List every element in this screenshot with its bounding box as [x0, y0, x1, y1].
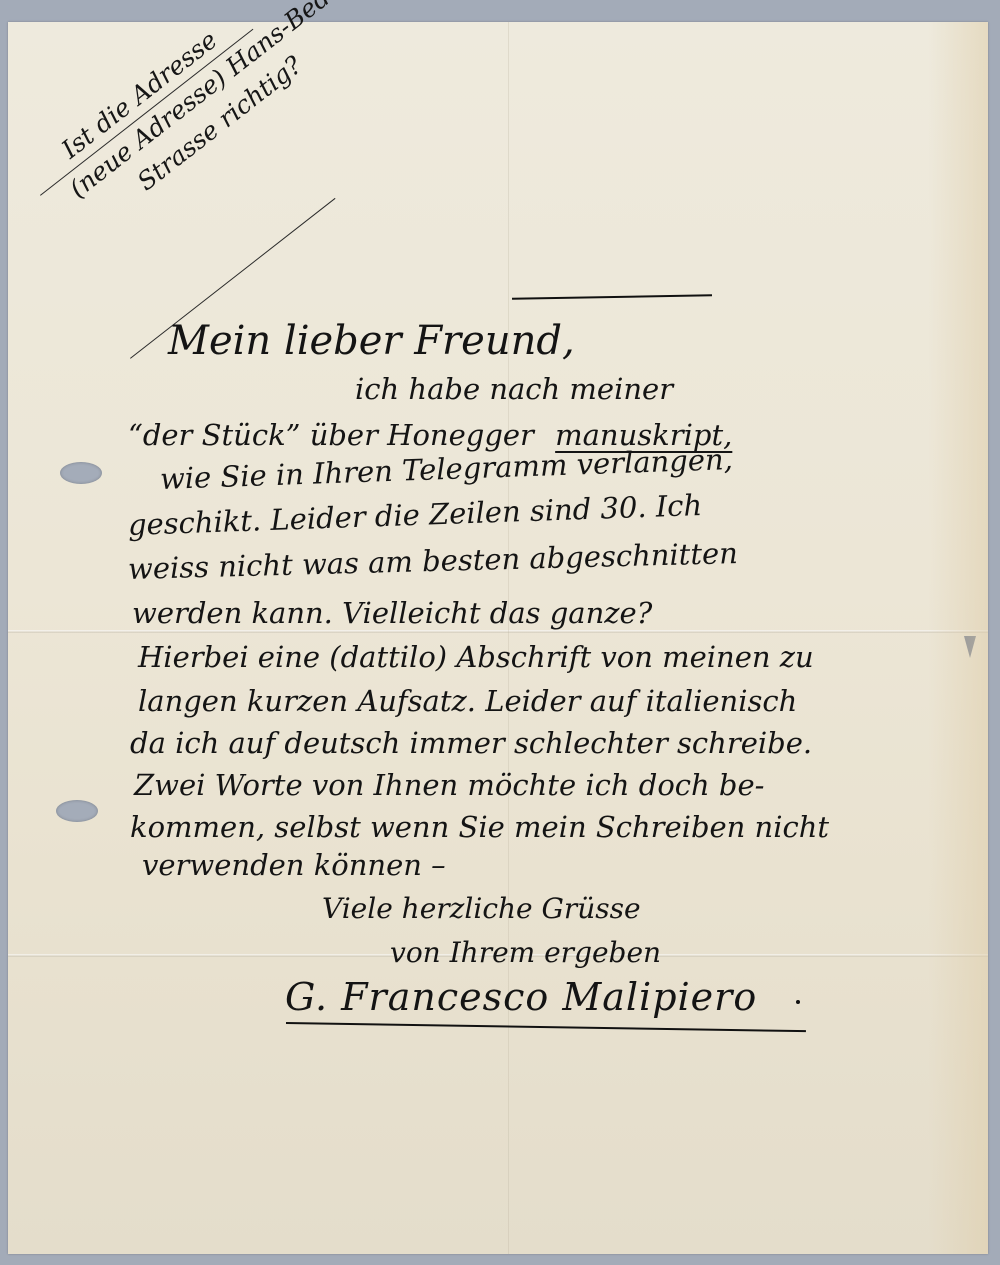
paper-tear	[964, 636, 976, 658]
signature: G. Francesco Malipiero	[285, 975, 757, 1019]
body-line: langen kurzen Aufsatz. Leider auf italie…	[138, 684, 797, 718]
body-line: werden kann. Vielleicht das ganze?	[132, 596, 652, 630]
body-line: Hierbei eine (dattilo) Abschrift von mei…	[138, 640, 814, 674]
body-line: Zwei Worte von Ihnen möchte ich doch be-	[134, 768, 764, 802]
body-line: kommen, selbst wenn Sie mein Schreiben n…	[130, 810, 829, 844]
closing-line: von Ihrem ergeben	[390, 936, 661, 969]
body-line: da ich auf deutsch immer schlechter schr…	[130, 726, 812, 760]
fold-line-vertical	[508, 22, 509, 1254]
signature-dot	[796, 1000, 800, 1004]
fold-line	[8, 630, 988, 633]
closing-line: Viele herzliche Grüsse	[322, 892, 641, 925]
letter-paper	[8, 22, 988, 1254]
punch-hole	[56, 800, 98, 822]
punch-hole	[60, 462, 102, 484]
body-text: “der Stück” über Honegger	[128, 418, 534, 452]
body-line: ich habe nach meiner	[355, 372, 673, 406]
salutation: Mein lieber Freund,	[168, 318, 575, 364]
body-line: verwenden können –	[142, 848, 446, 882]
